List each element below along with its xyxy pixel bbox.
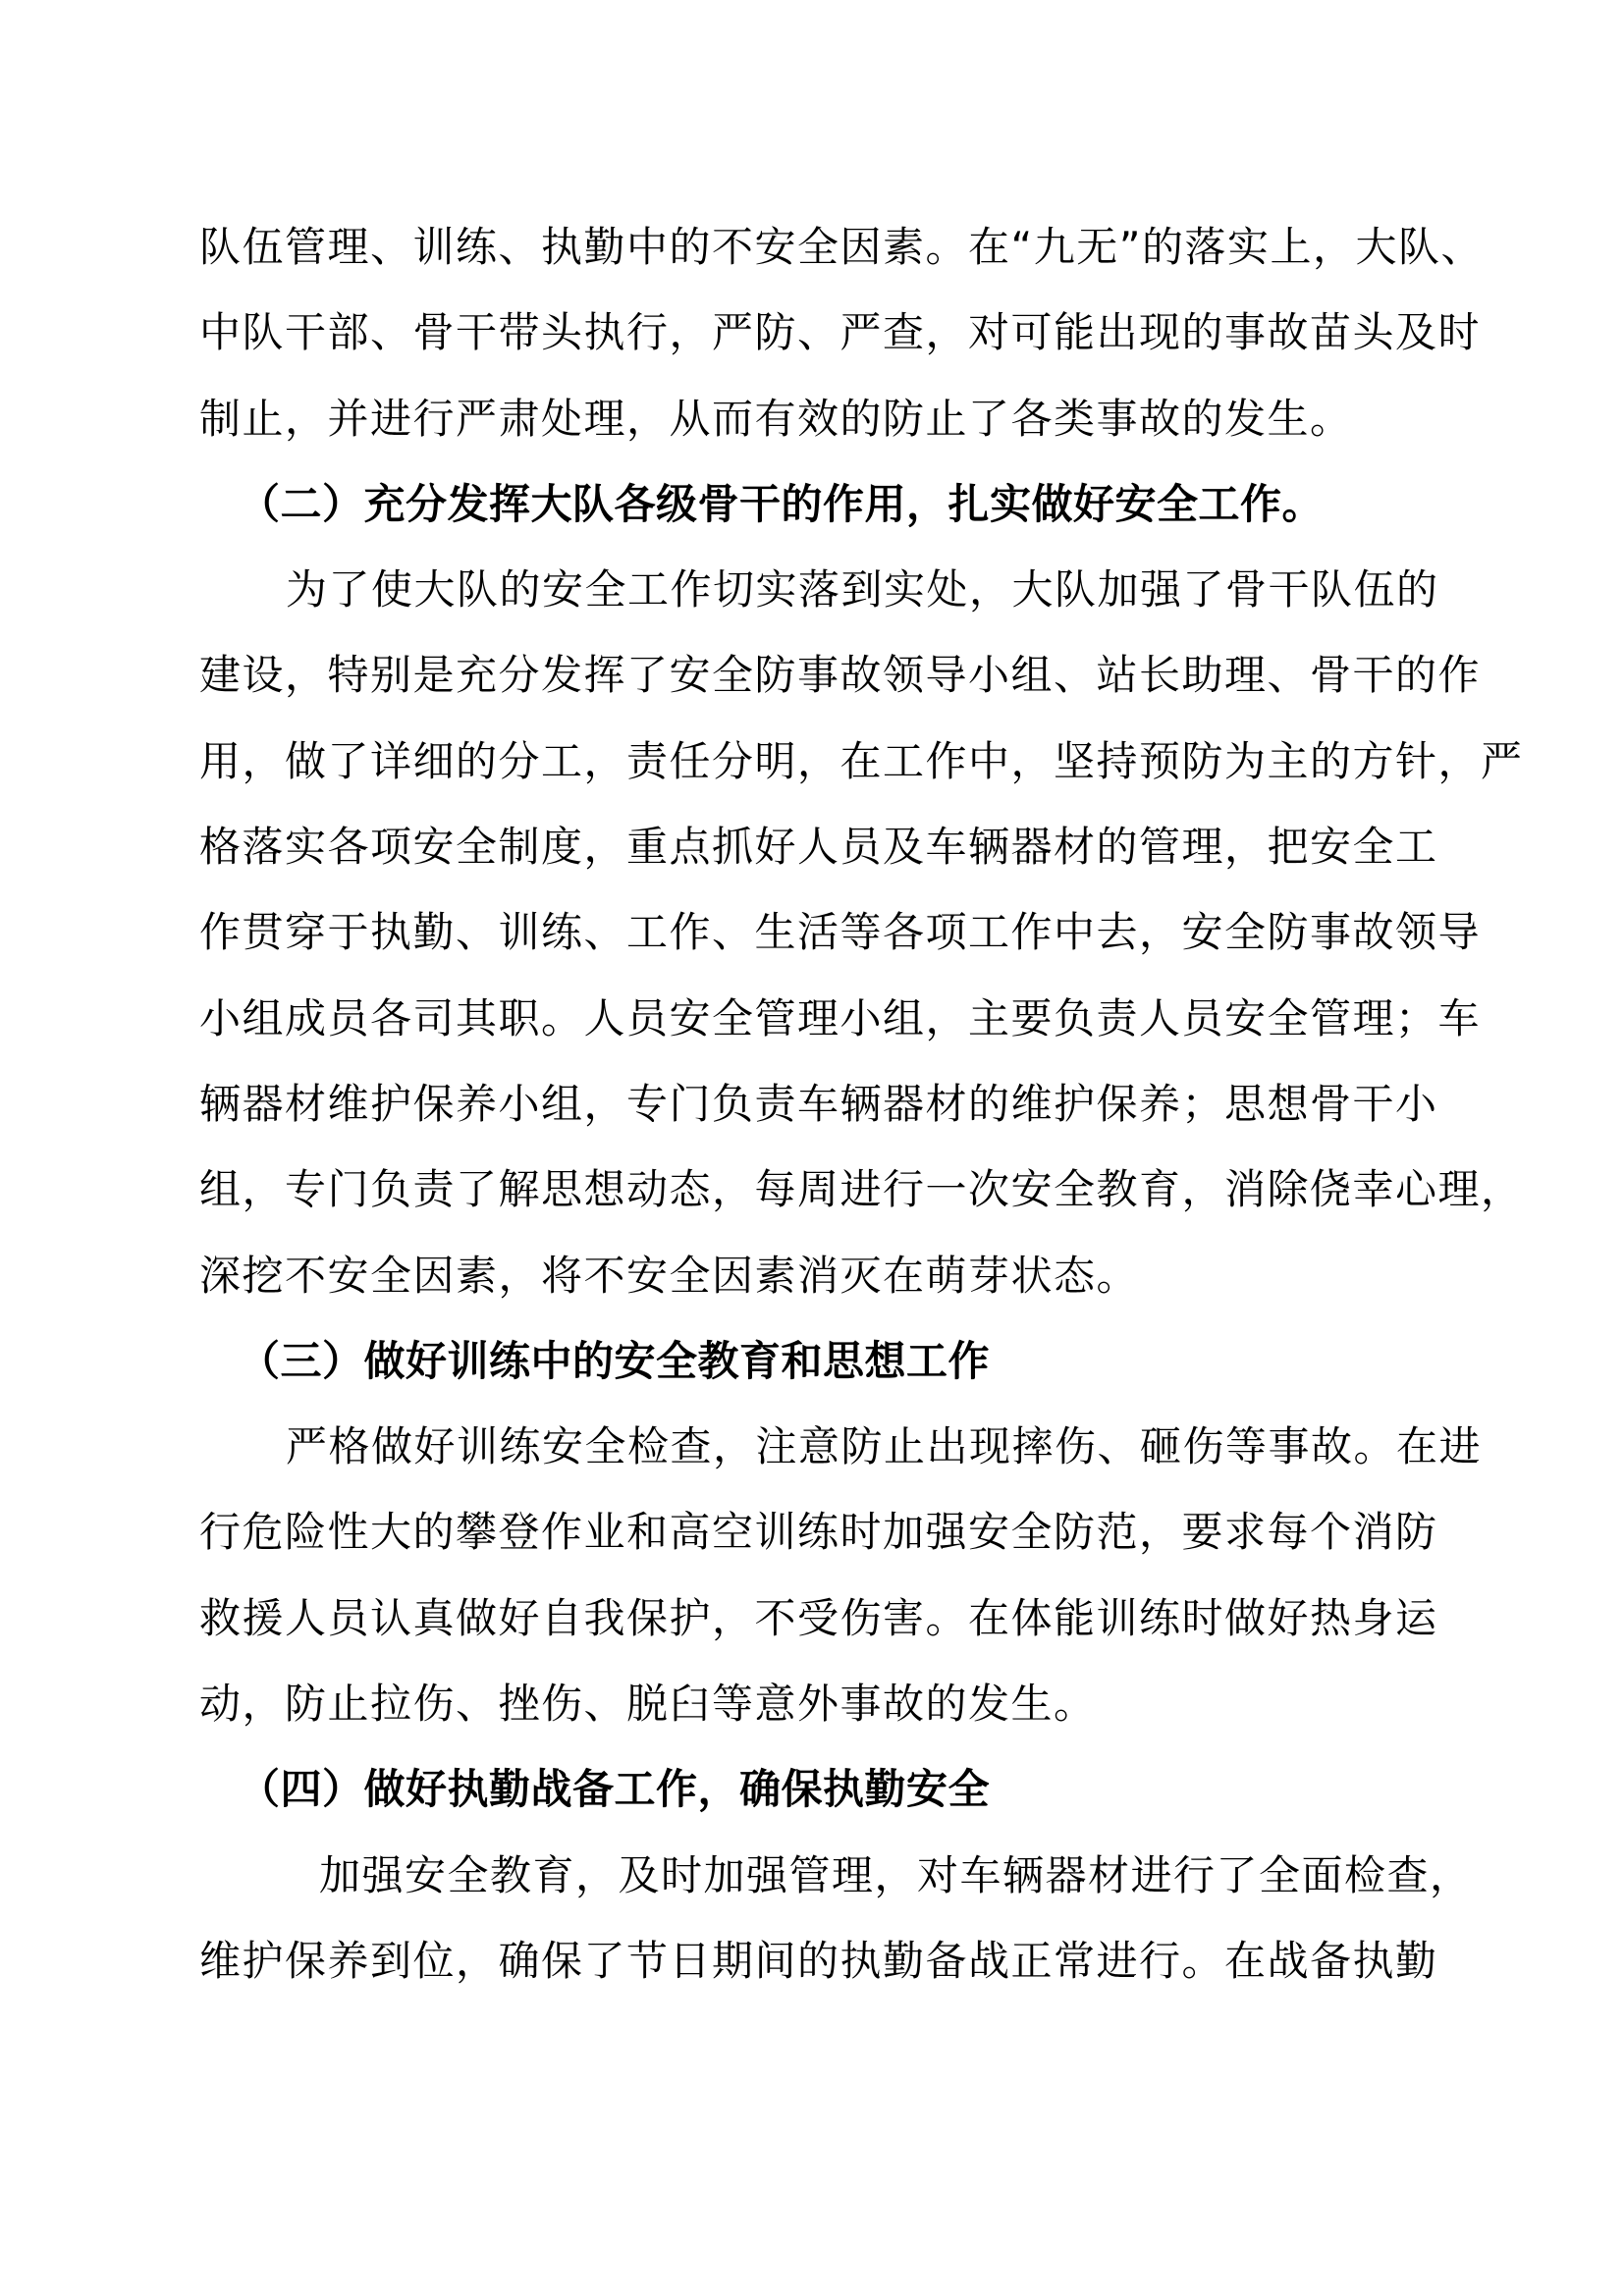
body-line: 建设，特别是充分发挥了安全防事故领导小组、站长助理、骨干的作 — [199, 632, 1476, 718]
body-line: 制止，并进行严肃处理，从而有效的防止了各类事故的发生。 — [199, 376, 1476, 461]
body-line: 维护保养到位，确保了节日期间的执勤备战正常进行。在战备执勤 — [199, 1918, 1476, 2003]
body-line: 中队干部、骨干带头执行，严防、严查，对可能出现的事故苗头及时 — [199, 290, 1476, 375]
paragraph-first-line: 为了使大队的安全工作切实落到实处，大队加强了骨干队伍的 — [199, 547, 1476, 632]
body-line: 小组成员各司其职。人员安全管理小组，主要负责人员安全管理；车 — [199, 976, 1476, 1061]
body-line: 行危险性大的攀登作业和高空训练时加强安全防范，要求每个消防 — [199, 1489, 1476, 1575]
body-line: 作贯穿于执勤、训练、工作、生活等各项工作中去，安全防事故领导 — [199, 889, 1476, 975]
body-line: 格落实各项安全制度，重点抓好人员及车辆器材的管理，把安全工 — [199, 804, 1476, 889]
section-heading-3: （三）做好训练中的安全教育和思想工作 — [199, 1318, 1476, 1404]
body-line: 用，做了详细的分工，责任分明，在工作中，坚持预防为主的方针，严 — [199, 719, 1476, 804]
paragraph-first-line: 加强安全教育，及时加强管理，对车辆器材进行了全面检查， — [199, 1833, 1476, 1918]
body-line: 队伍管理、训练、执勤中的不安全因素。在“九无”的落实上，大队、 — [199, 204, 1476, 290]
body-line: 深挖不安全因素，将不安全因素消灭在萌芽状态。 — [199, 1233, 1476, 1318]
paragraph-first-line: 严格做好训练安全检查，注意防止出现摔伤、砸伤等事故。在进 — [199, 1404, 1476, 1489]
document-body: 队伍管理、训练、执勤中的不安全因素。在“九无”的落实上，大队、 中队干部、骨干带… — [199, 204, 1476, 2003]
body-line: 辆器材维护保养小组，专门负责车辆器材的维护保养；思想骨干小 — [199, 1061, 1476, 1147]
body-line: 救援人员认真做好自我保护，不受伤害。在体能训练时做好热身运 — [199, 1575, 1476, 1661]
body-line: 组，专门负责了解思想动态，每周进行一次安全教育，消除侥幸心理， — [199, 1147, 1476, 1232]
section-heading-4: （四）做好执勤战备工作，确保执勤安全 — [199, 1746, 1476, 1832]
body-line: 动，防止拉伤、挫伤、脱臼等意外事故的发生。 — [199, 1661, 1476, 1746]
section-heading-2: （二）充分发挥大队各级骨干的作用，扎实做好安全工作。 — [199, 461, 1476, 547]
document-page: 队伍管理、训练、执勤中的不安全因素。在“九无”的落实上，大队、 中队干部、骨干带… — [0, 0, 1624, 2296]
